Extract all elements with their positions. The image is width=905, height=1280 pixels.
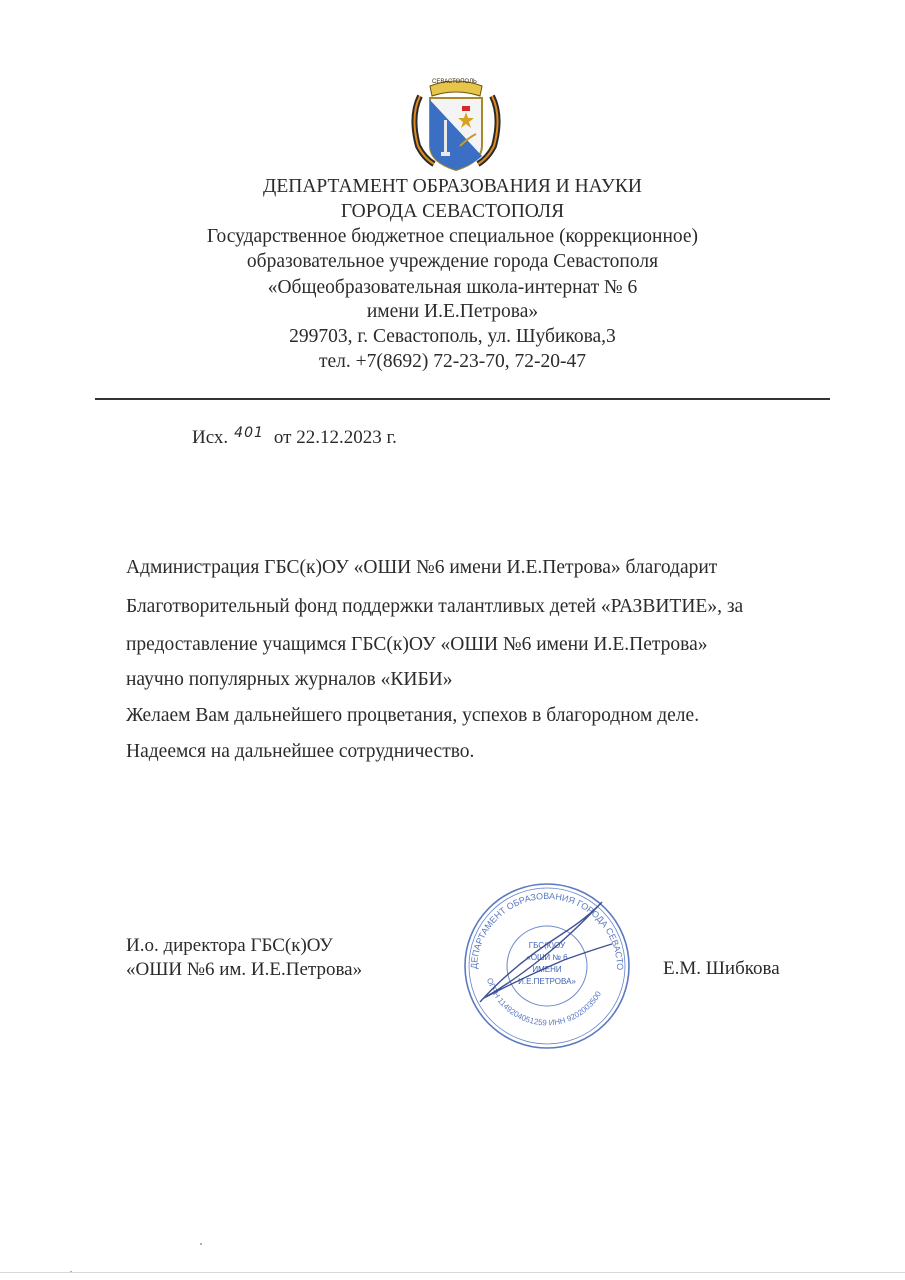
reference-number: 401	[234, 425, 264, 441]
body-line-6: Надеемся на дальнейшее сотрудничество.	[126, 741, 474, 763]
coat-of-arms-emblem	[410, 76, 502, 176]
emblem-ribbon-text: СЕВАСТОПОЛЬ	[432, 79, 477, 85]
body-line-4: научно популярных журналов «КИБИ»	[126, 669, 453, 691]
body-line-1: Администрация ГБС(к)ОУ «ОШИ №6 имени И.Е…	[126, 557, 717, 579]
reference-date: от 22.12.2023 г.	[274, 427, 397, 448]
body-line-3: предоставление учащимся ГБС(к)ОУ «ОШИ №6…	[126, 634, 708, 656]
signatory-position: И.о. директора ГБС(к)ОУ «ОШИ №6 им. И.Е.…	[126, 934, 362, 982]
institution-line-4: имени И.Е.Петрова»	[0, 300, 905, 324]
institution-line-2: образовательное учреждение города Севаст…	[0, 250, 905, 274]
department-name-line-1: ДЕПАРТАМЕНТ ОБРАЗОВАНИЯ И НАУКИ	[0, 175, 905, 199]
reference-prefix: Исх.	[192, 427, 228, 448]
signatory-position-line-1: И.о. директора ГБС(к)ОУ	[126, 934, 362, 958]
institution-line-3: «Общеобразовательная школа-интернат № 6	[0, 276, 905, 300]
header-divider	[95, 398, 830, 400]
body-line-5: Желаем Вам дальнейшего процветания, успе…	[126, 705, 699, 727]
signatory-position-line-2: «ОШИ №6 им. И.Е.Петрова»	[126, 958, 362, 982]
scan-speck	[200, 1243, 202, 1245]
phone-line: тел. +7(8692) 72-23-70, 72-20-47	[0, 350, 905, 374]
stamp-center-line-4: И.Е.ПЕТРОВА»	[518, 977, 576, 986]
official-stamp: ДЕПАРТАМЕНТ ОБРАЗОВАНИЯ ГОРОДА СЕВАСТОПО…	[452, 874, 642, 1054]
signatory-name: Е.М. Шибкова	[663, 958, 780, 980]
body-line-2: Благотворительный фонд поддержки талантл…	[126, 596, 743, 618]
page-bottom-edge	[0, 1272, 905, 1273]
outgoing-reference: Исх.401от 22.12.2023 г.	[192, 427, 397, 449]
address-line: 299703, г. Севастополь, ул. Шубикова,3	[0, 325, 905, 349]
institution-line-1: Государственное бюджетное специальное (к…	[0, 225, 905, 249]
department-name-line-2: ГОРОДА СЕВАСТОПОЛЯ	[0, 200, 905, 224]
